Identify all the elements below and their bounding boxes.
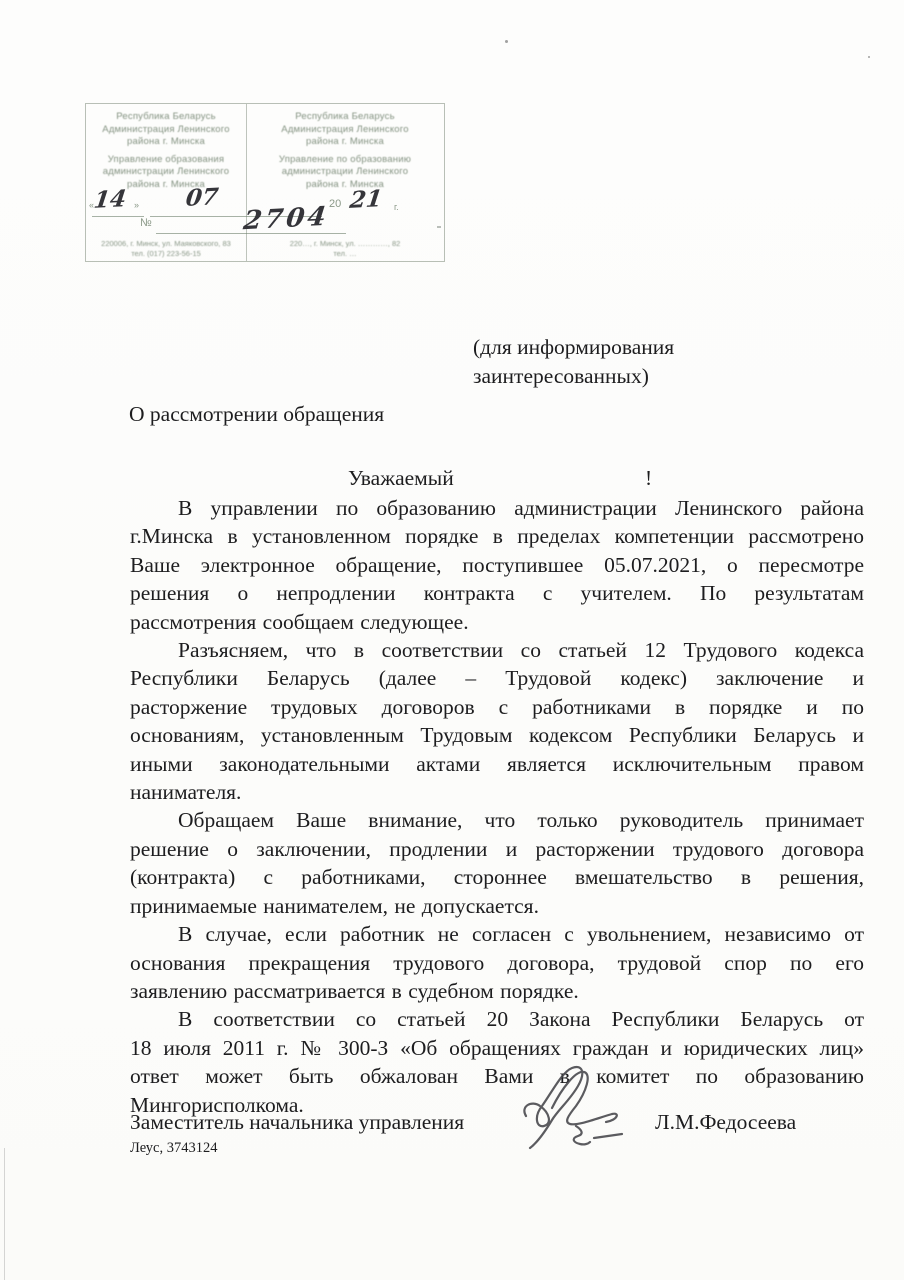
body-line: 18 июля 2011 г. № 300-З «Об обращениях г…: [130, 1034, 864, 1062]
salutation-exclamation: !: [645, 466, 652, 491]
scanned-letter-page: Республика Беларусь Администрация Ленинс…: [0, 0, 904, 1280]
stamp-phone-line: тел. …: [249, 249, 441, 259]
body-line: решения о непродлении контракта с учител…: [130, 579, 864, 607]
body-line: основания прекращения трудового договора…: [130, 949, 864, 977]
body-line: Обращаем Ваше внимание, что только руков…: [130, 806, 864, 834]
body-line: основаниям, установленным Трудовым кодек…: [130, 721, 864, 749]
body-line: Ваше электронное обращение, поступившее …: [130, 551, 864, 579]
handwritten-month: 07: [184, 183, 220, 212]
recipient-annotation: (для информирования заинтересованных): [473, 333, 674, 390]
stamp-right-org: Республика Беларусь Администрация Ленинс…: [249, 111, 441, 191]
paragraph: В соответствии со статьей 20 Закона Респ…: [130, 1005, 864, 1119]
stamp-org-line: района г. Минска: [88, 136, 244, 149]
stamp-org-line: Управление по образованию: [249, 154, 441, 167]
body-line: принимаемые нанимателем, не допускается.: [130, 892, 864, 920]
handwritten-signature: [518, 1058, 648, 1153]
stamp-right-address: 220…, г. Минск, ул. …………, 82 тел. …: [249, 239, 441, 258]
handwritten-year: 21: [348, 185, 384, 214]
body-line: ответ может быть обжалован Вами в комите…: [130, 1062, 864, 1090]
scan-edge-line: [4, 1148, 5, 1280]
stamp-address-line: 220…, г. Минск, ул. …………, 82: [249, 239, 441, 249]
body-line: В соответствии со статьей 20 Закона Респ…: [130, 1005, 864, 1033]
stamp-left-org: Республика Беларусь Администрация Ленинс…: [88, 111, 244, 191]
stamp-org-line: администрации Ленинского: [88, 166, 244, 179]
body-line: нанимателя.: [130, 778, 864, 806]
executor-line: Леус, 3743124: [130, 1140, 218, 1157]
stamp-year-suffix: г.: [394, 202, 399, 212]
salutation-text: Уважаемый: [348, 466, 454, 491]
body-line: рассмотрения сообщаем следующее.: [130, 608, 864, 636]
paragraph: В управлении по образованию администраци…: [130, 494, 864, 636]
stamp-org-line: района г. Минска: [249, 136, 441, 149]
paragraph: В случае, если работник не согласен с ув…: [130, 920, 864, 1005]
signer-title: Заместитель начальника управления: [130, 1110, 464, 1135]
handwritten-day: 14: [92, 185, 128, 214]
body-line: г.Минска в установленном порядке в преде…: [130, 522, 864, 550]
stamp-divider: [246, 104, 247, 261]
stamp-org-line: Администрация Ленинского: [88, 124, 244, 137]
stamp-org-line: Управление образования: [88, 154, 244, 167]
signer-name: Л.М.Федосеева: [655, 1110, 796, 1135]
body-line: В случае, если работник не согласен с ув…: [130, 920, 864, 948]
scan-speck: [437, 226, 441, 228]
letter-body: В управлении по образованию администраци…: [130, 494, 864, 1119]
stamp-org-line: района г. Минска: [249, 179, 441, 192]
stamp-address-line: 220006, г. Минск, ул. Маяковского, 83: [88, 239, 244, 249]
scan-speck: [505, 40, 508, 43]
stamp-phone-line: тел. (017) 223-56-15: [88, 249, 244, 259]
body-line: иными законодательными актами является и…: [130, 750, 864, 778]
stamp-org-line: Администрация Ленинского: [249, 124, 441, 137]
annotation-line: (для информирования: [473, 333, 674, 362]
body-line: расторжение трудовых договоров с работни…: [130, 693, 864, 721]
paragraph: Обращаем Ваше внимание, что только руков…: [130, 806, 864, 920]
stamp-org-line: Республика Беларусь: [88, 111, 244, 124]
annotation-line: заинтересованных): [473, 362, 674, 391]
body-line: Республики Беларусь (далее – Трудовой ко…: [130, 664, 864, 692]
registration-stamp: Республика Беларусь Администрация Ленинс…: [85, 103, 445, 262]
stamp-number-label: №: [140, 217, 152, 229]
handwritten-number: 2704: [242, 202, 331, 236]
stamp-org-line: Республика Беларусь: [249, 111, 441, 124]
paragraph: Разъясняем, что в соответствии со статье…: [130, 636, 864, 806]
stamp-org-line: администрации Ленинского: [249, 166, 441, 179]
body-line: Разъясняем, что в соответствии со статье…: [130, 636, 864, 664]
scan-speck: [868, 56, 870, 58]
stamp-year-prefix: 20: [329, 198, 341, 210]
stamp-left-address: 220006, г. Минск, ул. Маяковского, 83 те…: [88, 239, 244, 258]
body-line: решение о заключении, продлении и растор…: [130, 835, 864, 863]
body-line: заявлению рассматривается в судебном пор…: [130, 977, 864, 1005]
body-line: В управлении по образованию администраци…: [130, 494, 864, 522]
body-line: (контракта) с работниками, стороннее вме…: [130, 863, 864, 891]
subject-line: О рассмотрении обращения: [129, 402, 384, 427]
stamp-close-quote: »: [134, 200, 139, 210]
stamp-day-underline: [92, 216, 144, 217]
